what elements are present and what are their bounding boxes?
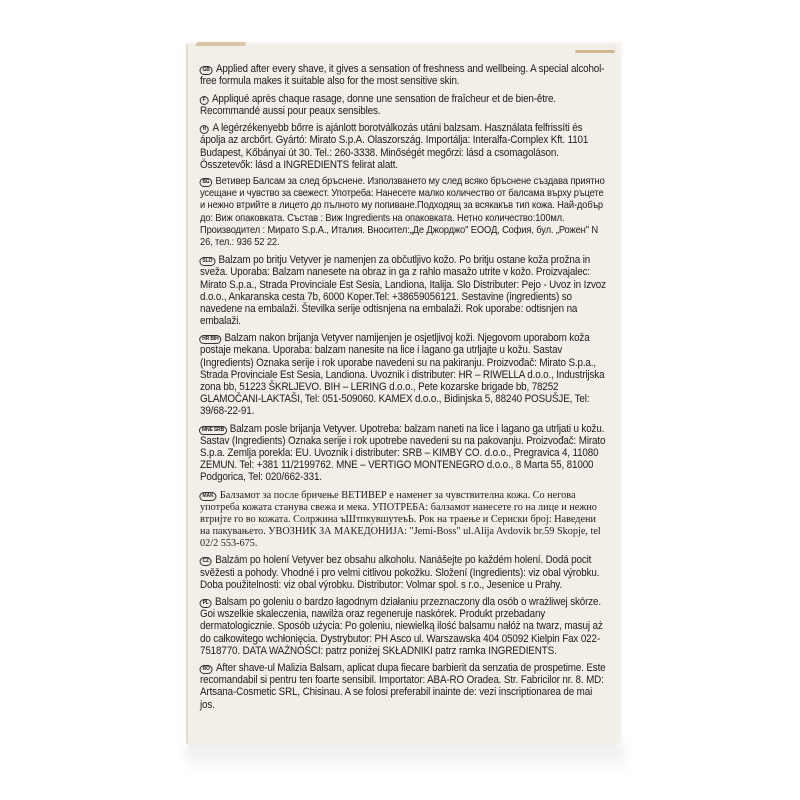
section-bg: BGВетивер Балсам за след бръснене. Изпол… xyxy=(200,176,607,249)
language-badge-icon: H xyxy=(200,125,210,134)
language-badge-icon: MAK xyxy=(199,492,216,501)
carton-shadow xyxy=(186,745,626,775)
section-hr-bih: HR BIHBalzam nakon brijanja Vetyver nami… xyxy=(200,332,606,417)
section-text: After shave-ul Malizia Balsam, aplicat d… xyxy=(200,662,606,710)
carton-side-flap xyxy=(612,44,622,744)
carton-flap-tab-left xyxy=(195,42,247,46)
carton-flap-tab-right xyxy=(575,50,615,53)
section-f: FAppliqué après chaque rasage, donne une… xyxy=(200,93,606,117)
language-badge-icon: CZ xyxy=(200,557,212,566)
section-gb: GBApplied after every shave, it gives a … xyxy=(200,63,606,87)
section-text: A legérzékenyebb bőrre is ajánlott borot… xyxy=(200,122,588,170)
section-text: Balzam posle brijanja Vetyver. Upotreba:… xyxy=(200,423,605,483)
section-mne-srb: MNE SRBBalzam posle brijanja Vetyver. Up… xyxy=(200,423,606,483)
section-text: Applied after every shave, it gives a se… xyxy=(200,63,604,87)
section-mak: MAKБалзамот за после бричење ВЕТИВЕР е н… xyxy=(200,489,606,549)
language-badge-icon: SLO xyxy=(199,257,215,266)
language-badge-icon: RO xyxy=(200,665,213,674)
language-badge-icon: BG xyxy=(200,178,213,187)
section-text: Balzam nakon brijanja Vetyver namijenjen… xyxy=(200,332,604,417)
section-h: HA legérzékenyebb bőrre is ajánlott boro… xyxy=(200,122,606,170)
section-text: Balzám po holení Vetyver bez obsahu alko… xyxy=(200,554,599,590)
language-badge-icon: HR BIH xyxy=(199,335,221,344)
language-badge-icon: PL xyxy=(200,599,212,608)
section-ro: ROAfter shave-ul Malizia Balsam, aplicat… xyxy=(200,662,606,710)
language-badge-icon: MNE SRB xyxy=(199,426,227,435)
section-cz: CZBalzám po holení Vetyver bez obsahu al… xyxy=(200,554,606,590)
language-badge-icon: F xyxy=(200,96,209,105)
section-slo: SLOBalzam po britju Vetyver je namenjen … xyxy=(200,254,606,327)
section-text: Ветивер Балсам за след бръснене. Използв… xyxy=(200,176,605,247)
section-pl: PLBalsam po goleniu o bardzo łagodnym dz… xyxy=(200,596,606,656)
section-text: Балзамот за после бричење ВЕТИВЕР е наме… xyxy=(200,489,601,549)
section-text: Balsam po goleniu o bardzo łagodnym dzia… xyxy=(200,596,603,656)
section-text: Balzam po britju Vetyver je namenjen za … xyxy=(200,254,606,326)
multilingual-label-text: GBApplied after every shave, it gives a … xyxy=(200,63,606,716)
language-badge-icon: GB xyxy=(200,66,213,75)
section-text: Appliqué après chaque rasage, donne une … xyxy=(200,93,556,117)
